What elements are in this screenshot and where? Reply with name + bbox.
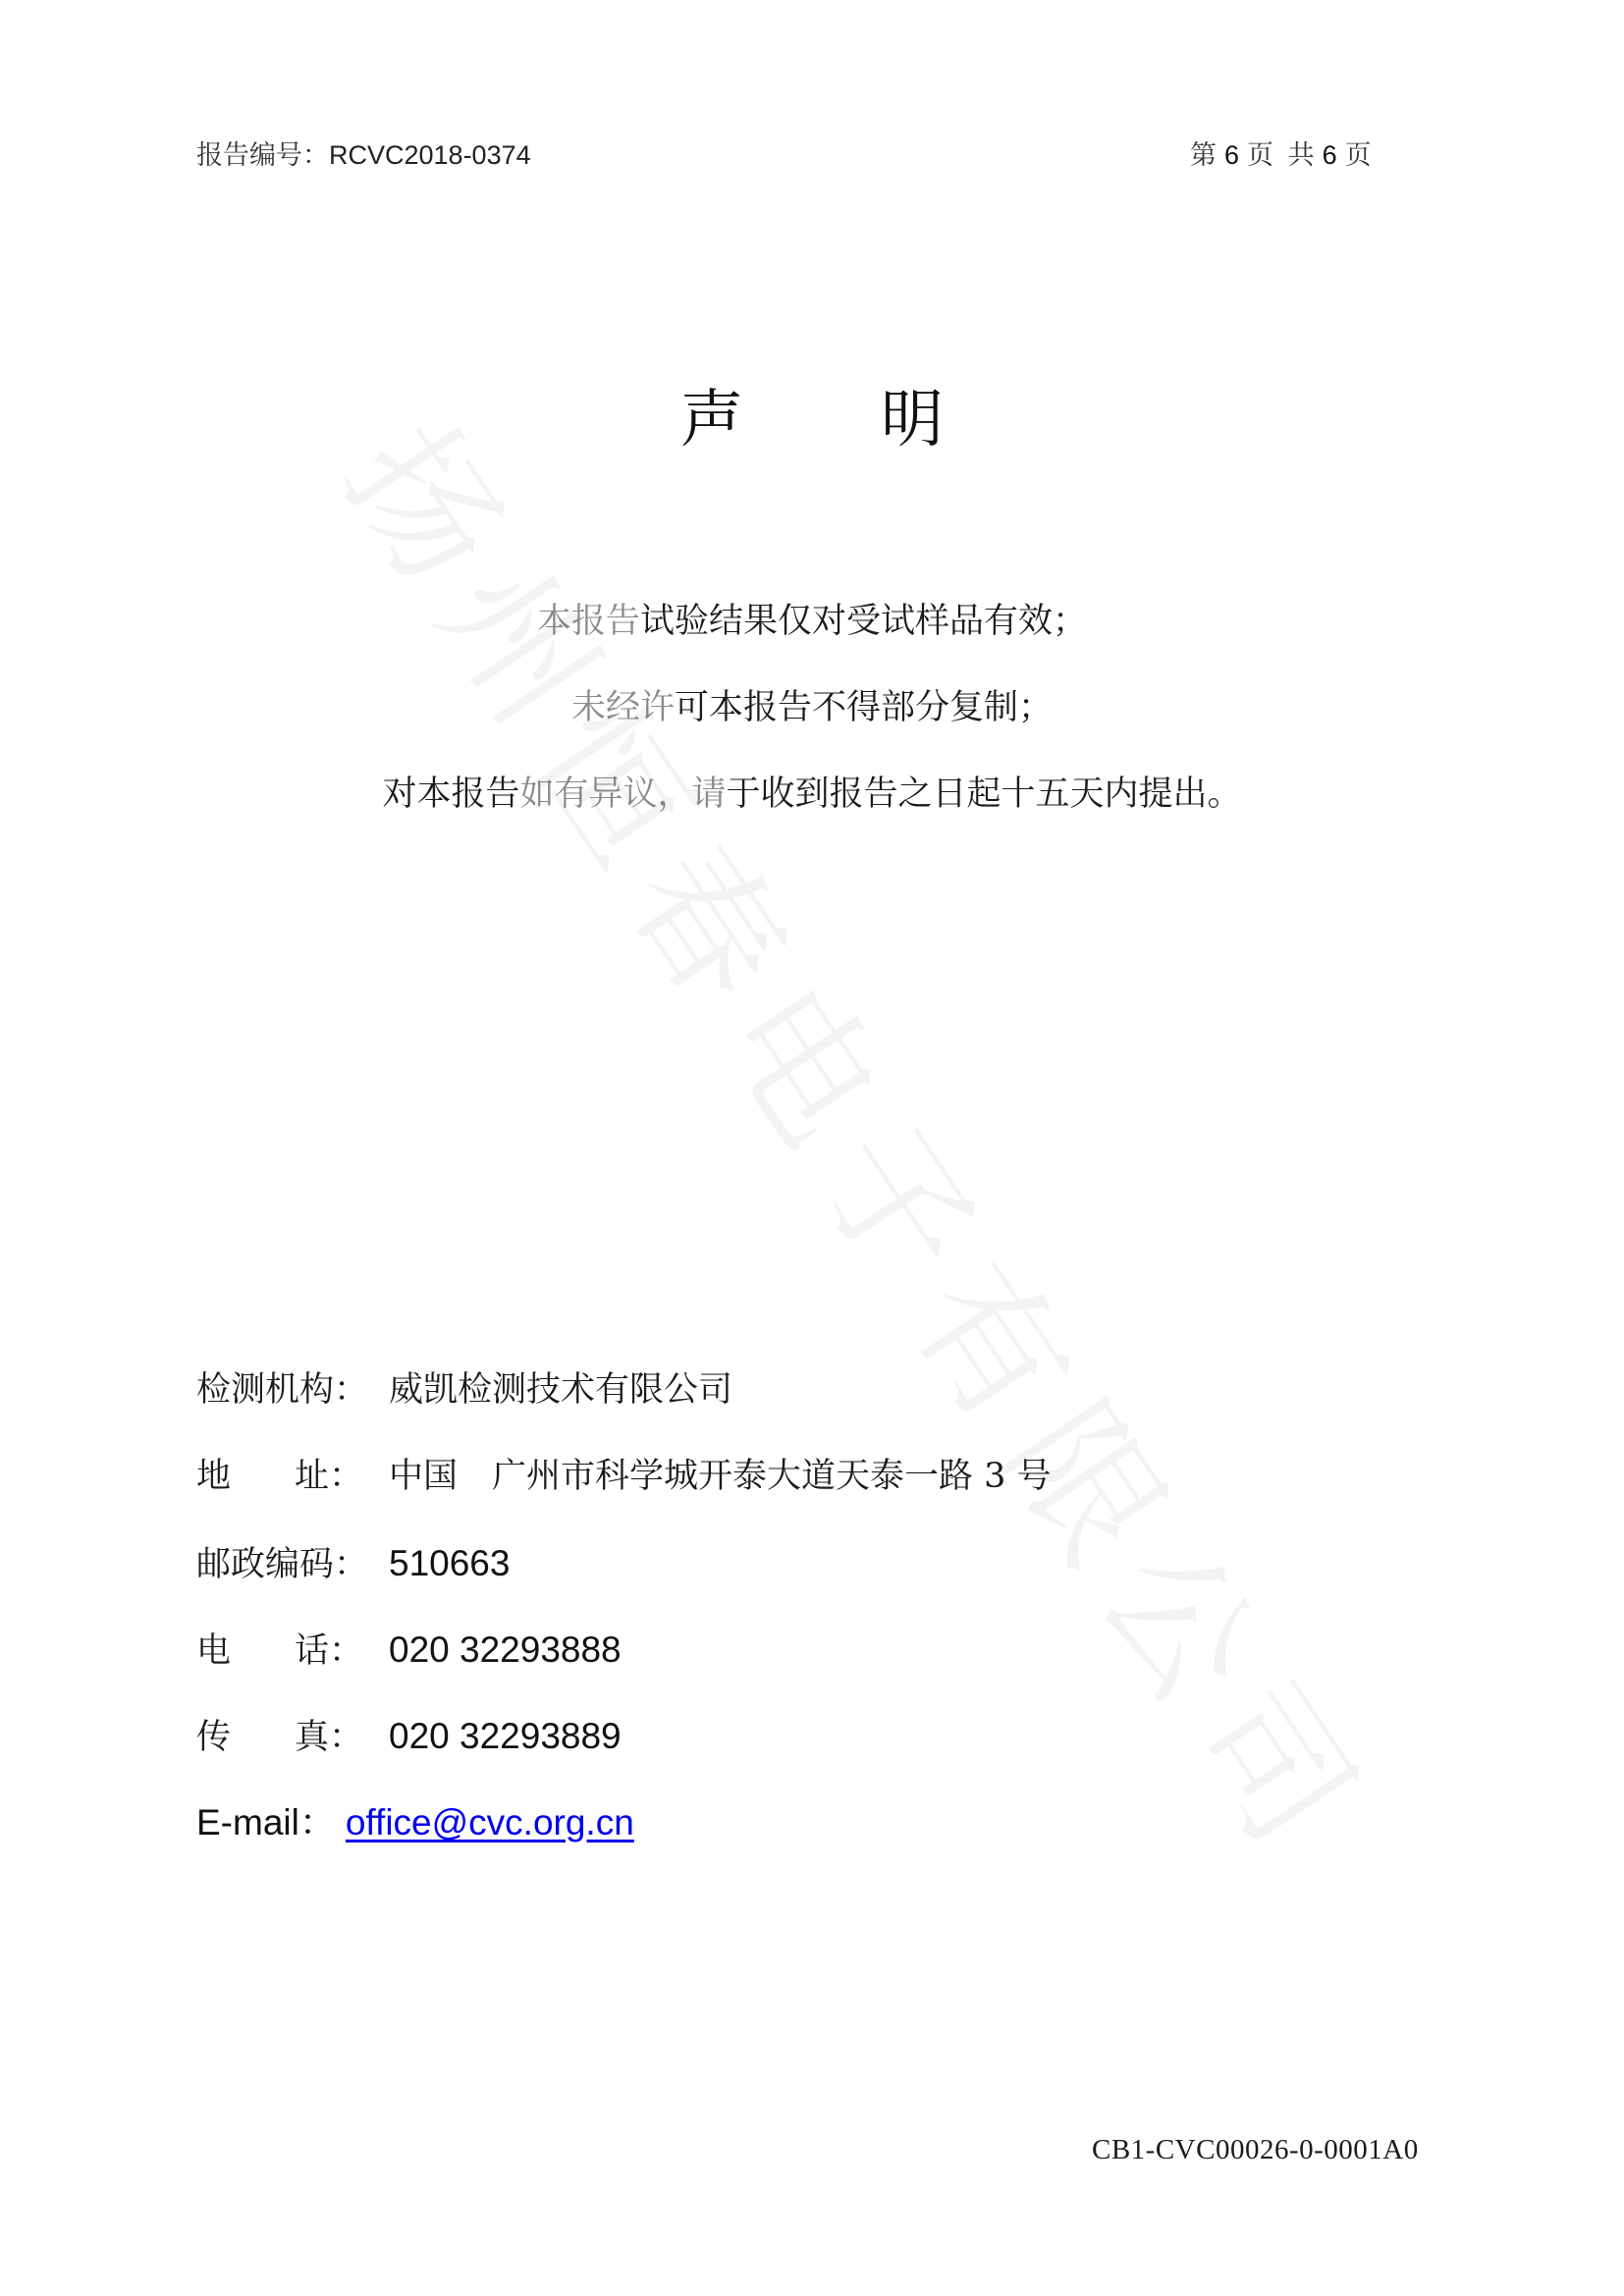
statement-3-text-a: 对本报告: [382, 774, 519, 814]
page-total: 6: [1315, 140, 1345, 170]
report-number: 报告编号：RCVC2018-0374: [196, 133, 531, 172]
organization-value: 威凯检测技术有限公司: [389, 1370, 732, 1410]
contact-postal-code: 邮政编码：510663: [196, 1545, 510, 1582]
statement-3-faded: 如有异议，请: [519, 774, 726, 814]
postal-code-value: 510663: [389, 1543, 510, 1583]
email-link[interactable]: office@cvc.org.cn: [346, 1802, 634, 1842]
fax-value: 020 32293889: [389, 1716, 622, 1756]
email-label: E-mail：: [196, 1802, 336, 1842]
page-title: 声明: [0, 389, 1624, 452]
fax-label: 传真：: [196, 1721, 363, 1755]
postal-code-label: 邮政编码：: [196, 1548, 389, 1582]
telephone-value: 020 32293888: [389, 1629, 622, 1670]
page-suffix: 页: [1345, 140, 1372, 171]
address-label-part-1: 地: [196, 1460, 231, 1494]
page-prefix: 第: [1190, 140, 1217, 171]
fax-label-part-2: 真：: [295, 1721, 363, 1755]
address-label-part-2: 址：: [295, 1460, 363, 1494]
telephone-label-part-1: 电: [196, 1634, 231, 1669]
report-number-value: RCVC2018-0374: [329, 140, 531, 170]
statement-line-1: 本报告试验结果仅对受试样品有效；: [0, 605, 1624, 639]
organization-label: 检测机构：: [196, 1373, 389, 1408]
address-label: 地址：: [196, 1460, 363, 1494]
address-value: 中国 广州市科学城开泰大道天: [389, 1457, 870, 1496]
contact-fax: 传真：020 32293889: [196, 1718, 622, 1755]
telephone-label-part-2: 话：: [295, 1634, 363, 1669]
statement-2-faded: 未经许: [571, 688, 675, 727]
title-char-1: 声: [680, 384, 743, 456]
contact-organization: 检测机构：威凯检测技术有限公司: [196, 1372, 732, 1408]
statement-line-2: 未经许可本报告不得部分复制；: [0, 691, 1624, 725]
statement-1-faded: 本报告: [537, 602, 640, 641]
title-char-2: 明: [881, 384, 944, 456]
contact-telephone: 电话：020 32293888: [196, 1631, 622, 1669]
document-page: 报告编号：RCVC2018-0374 第6页 共6页 声明 本报告试验结果仅对受…: [0, 0, 1624, 2296]
page-current: 6: [1217, 140, 1247, 170]
fax-label-part-1: 传: [196, 1721, 231, 1755]
contact-address: 地址：中国 广州市科学城开泰大道天泰一路 3 号: [196, 1459, 1052, 1494]
telephone-label: 电话：: [196, 1634, 363, 1669]
page-indicator: 第6页 共6页: [1190, 133, 1372, 172]
contact-email: E-mail：office@cvc.org.cn: [196, 1804, 634, 1841]
statement-2-text: 可本报告不得部分复制；: [675, 688, 1053, 727]
statement-1-text: 试验结果仅对受试样品有效；: [640, 602, 1087, 641]
statement-line-3: 对本报告如有异议，请于收到报告之日起十五天内提出。: [0, 777, 1624, 812]
address-value-faded: 泰一路 3 号: [870, 1457, 1052, 1496]
report-number-label: 报告编号：: [196, 140, 329, 171]
form-code: CB1-CVC00026-0-0001A0: [1092, 2134, 1419, 2166]
page-mid: 页 共: [1247, 140, 1315, 171]
statement-3-text-b: 于收到报告之日起十五天内提出。: [727, 774, 1242, 814]
